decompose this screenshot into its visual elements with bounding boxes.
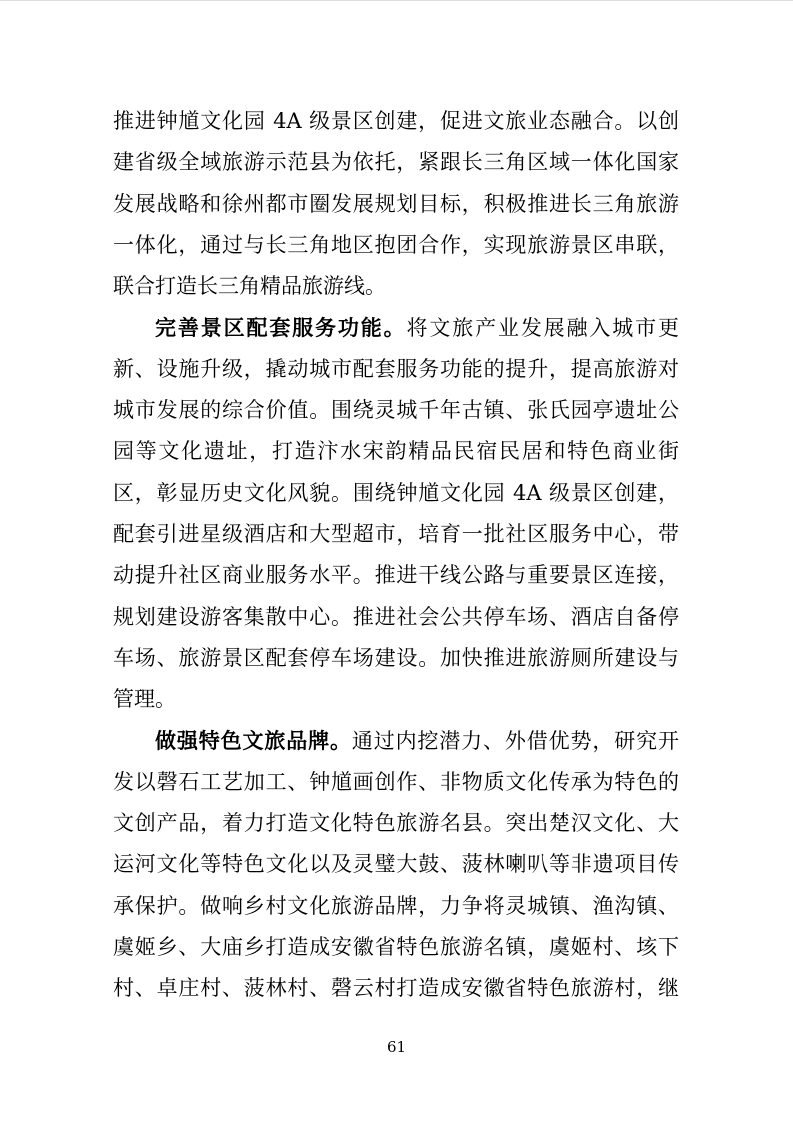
text-line: 规划建设游客集散中心。推进社会公共停车场、酒店自备停 xyxy=(113,597,679,638)
text-line: 动提升社区商业服务水平。推进干线公路与重要景区连接， xyxy=(113,555,679,596)
document-page: 推进钟馗文化园 4A 级景区创建，促进文旅业态融合。以创建省级全域旅游示范县为依… xyxy=(0,0,793,1122)
text-line: 推进钟馗文化园 4A 级景区创建，促进文旅业态融合。以创 xyxy=(113,101,679,142)
document-body: 推进钟馗文化园 4A 级景区创建，促进文旅业态融合。以创建省级全域旅游示范县为依… xyxy=(113,101,679,1010)
text-line: 城市发展的综合价值。围绕灵城千年古镇、张氏园亭遗址公 xyxy=(113,390,679,431)
text-line: 发展战略和徐州都市圈发展规划目标，积极推进长三角旅游 xyxy=(113,184,679,225)
text-line: 管理。 xyxy=(113,679,679,720)
text-line: 车场、旅游景区配套停车场建设。加快推进旅游厕所建设与 xyxy=(113,638,679,679)
text-line: 配套引进星级酒店和大型超市，培育一批社区服务中心，带 xyxy=(113,514,679,555)
text-line: 联合打造长三角精品旅游线。 xyxy=(113,266,679,307)
page-number: 61 xyxy=(0,1038,793,1056)
text-line: 园等文化遗址，打造汴水宋韵精品民宿民居和特色商业街 xyxy=(113,431,679,472)
text-line: 一体化，通过与长三角地区抱团合作，实现旅游景区串联， xyxy=(113,225,679,266)
text-line: 运河文化等特色文化以及灵璧大鼓、菠林喇叭等非遗项目传 xyxy=(113,844,679,885)
text-line: 建省级全域旅游示范县为依托，紧跟长三角区域一体化国家 xyxy=(113,142,679,183)
bold-lead: 做强特色文旅品牌。 xyxy=(155,728,352,753)
text-line: 完善景区配套服务功能。将文旅产业发展融入城市更 xyxy=(113,307,679,348)
bold-lead: 完善景区配套服务功能。 xyxy=(155,315,407,340)
text-line: 做强特色文旅品牌。通过内挖潜力、外借优势，研究开 xyxy=(113,720,679,761)
text-line: 村、卓庄村、菠林村、磬云村打造成安徽省特色旅游村，继 xyxy=(113,968,679,1009)
text-line: 新、设施升级，撬动城市配套服务功能的提升，提高旅游对 xyxy=(113,349,679,390)
text-line: 承保护。做响乡村文化旅游品牌，力争将灵城镇、渔沟镇、 xyxy=(113,886,679,927)
text-line: 区，彰显历史文化风貌。围绕钟馗文化园 4A 级景区创建， xyxy=(113,473,679,514)
page-top-edge xyxy=(0,0,793,1)
text-line: 发以磬石工艺加工、钟馗画创作、非物质文化传承为特色的 xyxy=(113,762,679,803)
text-line: 文创产品，着力打造文化特色旅游名县。突出楚汉文化、大 xyxy=(113,803,679,844)
text-line: 虞姬乡、大庙乡打造成安徽省特色旅游名镇，虞姬村、垓下 xyxy=(113,927,679,968)
